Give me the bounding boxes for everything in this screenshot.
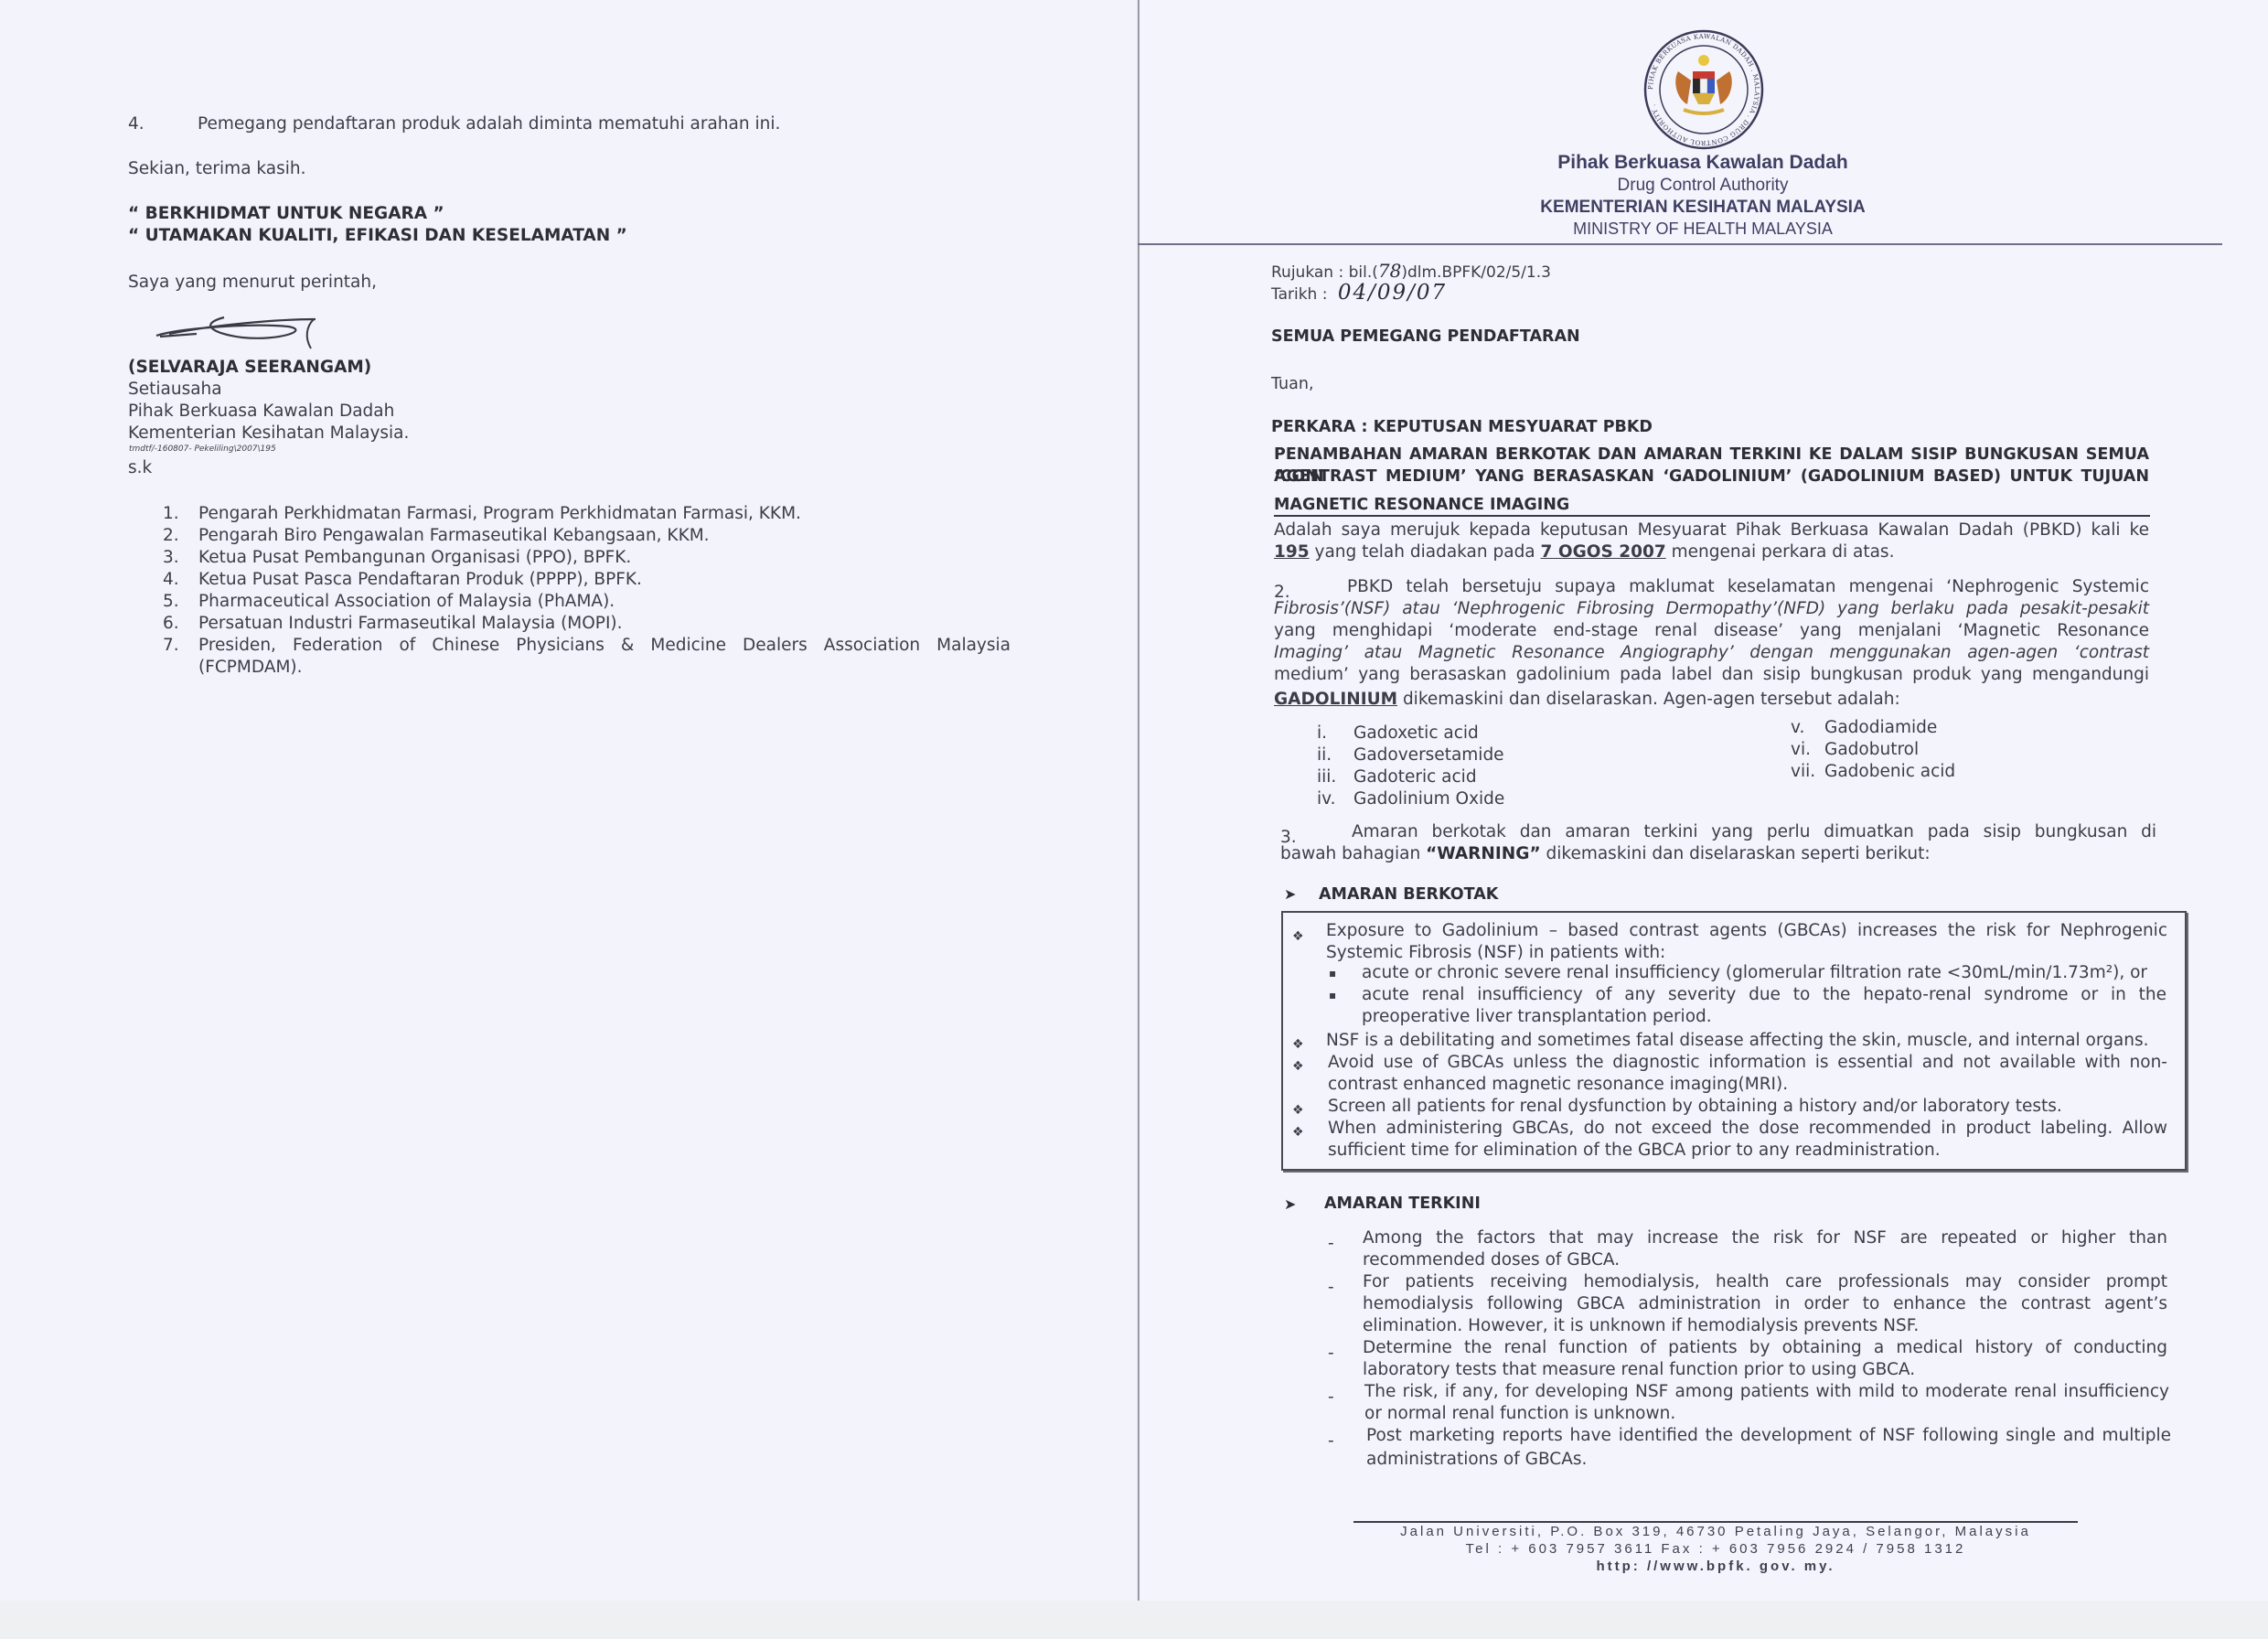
boxed-warning-subitem: acute or chronic severe renal insufficie… xyxy=(1362,962,2147,984)
paragraph-2-line-5: medium’ yang berasaskan gadolinium pada … xyxy=(1274,664,2149,686)
diamond-bullet-icon: ❖ xyxy=(1292,926,1304,948)
boxed-warning-item: Avoid use of GBCAs unless the diagnostic… xyxy=(1328,1052,2167,1074)
cc-item: Pengarah Perkhidmatan Farmasi, Program P… xyxy=(198,503,801,525)
paragraph-2-line-3: yang menghidapi ‘moderate end-stage rena… xyxy=(1274,620,2149,642)
cc-label: s.k xyxy=(128,457,152,479)
paragraph-2-line-6: GADOLINIUM dikemaskini dan diselaraskan.… xyxy=(1274,689,1900,711)
cc-item: Ketua Pusat Pasca Pendaftaran Produk (PP… xyxy=(198,569,642,591)
latest-warning-item-continued: hemodialysis following GBCA administrati… xyxy=(1363,1293,2167,1315)
file-reference: tmdtf/-160807- Pekeliling\2007\195 xyxy=(129,444,276,455)
paragraph-2-line-2: Fibrosis’(NSF) atau ‘Nephrogenic Fibrosi… xyxy=(1274,598,2149,620)
header-ministry-malay: KEMENTERIAN KESIHATAN MALAYSIA xyxy=(1138,198,2268,218)
signature-icon xyxy=(142,306,325,352)
scanner-margin xyxy=(0,1601,2268,1639)
agent-number: vi. xyxy=(1791,739,1811,761)
paragraph-4-text: Pemegang pendaftaran produk adalah dimin… xyxy=(198,113,780,135)
arrow-bullet-icon: ➤ xyxy=(1284,884,1296,905)
cc-item: Pengarah Biro Pengawalan Farmaseutikal K… xyxy=(198,525,710,547)
reference-label: Rujukan : bil.( xyxy=(1271,263,1378,282)
agent-name: Gadobutrol xyxy=(1824,739,1919,761)
latest-warning-heading: AMARAN TERKINI xyxy=(1324,1193,1481,1215)
agent-name: Gadolinium Oxide xyxy=(1353,788,1504,810)
cc-item-continued: (FCPMDAM). xyxy=(198,657,303,679)
cc-item-number: 3. xyxy=(163,547,179,569)
cc-item: Pharmaceutical Association of Malaysia (… xyxy=(198,591,615,613)
date-line: Tarikh : 04/09/07 xyxy=(1271,282,1447,305)
subject-line: PERKARA : KEPUTUSAN MESYUARAT PBKD xyxy=(1271,416,1653,438)
meeting-number: 195 xyxy=(1274,542,1310,562)
title-line-2: ‘CONTRAST MEDIUM’ YANG BERASASKAN ‘GADOL… xyxy=(1274,466,2149,487)
motto-2: “ UTAMAKAN KUALITI, EFIKASI DAN KESELAMA… xyxy=(128,225,627,247)
salutation: Tuan, xyxy=(1271,373,1314,395)
cc-item: Presiden, Federation of Chinese Physicia… xyxy=(198,635,1011,657)
latest-warning-item-continued: laboratory tests that measure renal func… xyxy=(1363,1359,1915,1381)
cc-item-number: 5. xyxy=(163,591,179,613)
agent-number: iv. xyxy=(1317,788,1336,810)
diamond-bullet-icon: ❖ xyxy=(1292,1121,1304,1143)
boxed-warning-item: NSF is a debilitating and sometimes fata… xyxy=(1326,1030,2148,1052)
agent-name: Gadodiamide xyxy=(1824,717,1937,739)
diamond-bullet-icon: ❖ xyxy=(1292,1034,1304,1055)
boxed-warning-heading: AMARAN BERKOTAK xyxy=(1319,884,1498,905)
latest-warning-item-continued: elimination. However, it is unknown if h… xyxy=(1363,1315,1919,1337)
boxed-warning-item-continued: contrast enhanced magnetic resonance ima… xyxy=(1328,1074,1788,1096)
addressee: SEMUA PEMEGANG PENDAFTARAN xyxy=(1271,326,1580,348)
reference-number-handwritten: 78 xyxy=(1378,260,1401,282)
paragraph-3-line-1: Amaran berkotak dan amaran terkini yang … xyxy=(1352,821,2156,843)
agent-number: i. xyxy=(1317,723,1327,745)
dash-bullet-icon: - xyxy=(1328,1277,1334,1299)
dash-bullet-icon: - xyxy=(1328,1430,1334,1452)
header-divider xyxy=(1138,243,2222,245)
footer-contact: Tel : + 603 7957 3611 Fax : + 603 7956 2… xyxy=(1353,1541,2078,1557)
diamond-bullet-icon: ❖ xyxy=(1292,1055,1304,1077)
cc-item-number: 7. xyxy=(163,635,179,657)
latest-warning-item-continued: recommended doses of GBCA. xyxy=(1363,1249,1620,1271)
motto-1: “ BERKHIDMAT UNTUK NEGARA ” xyxy=(128,203,444,225)
header-org-malay: Pihak Berkuasa Kawalan Dadah xyxy=(1138,152,2268,174)
latest-warning-item: The risk, if any, for developing NSF amo… xyxy=(1364,1381,2169,1403)
signatory-name: (SELVARAJA SEERANGAM) xyxy=(128,357,371,379)
latest-warning-item: Determine the renal function of patients… xyxy=(1363,1337,2167,1359)
signatory-title: Setiausaha xyxy=(128,379,222,401)
paragraph-2-line-1: PBKD telah bersetuju supaya maklumat kes… xyxy=(1347,576,2149,598)
cc-item-number: 2. xyxy=(163,525,179,547)
date-label: Tarikh : xyxy=(1271,285,1327,304)
header-org-english: Drug Control Authority xyxy=(1138,176,2268,196)
agent-name: Gadoversetamide xyxy=(1353,745,1504,766)
footer-address: Jalan Universiti, P.O. Box 319, 46730 Pe… xyxy=(1353,1524,2078,1539)
sign-off: Saya yang menurut perintah, xyxy=(128,272,377,294)
signatory-org-2: Kementerian Kesihatan Malaysia. xyxy=(128,423,409,445)
latest-warning-item: For patients receiving hemodialysis, hea… xyxy=(1363,1271,2167,1293)
boxed-warning-item-continued: sufficient time for elimination of the G… xyxy=(1328,1140,1941,1162)
paragraph-1-line-2: 195 yang telah diadakan pada 7 OGOS 2007… xyxy=(1274,541,1894,563)
paragraph-4-number: 4. xyxy=(128,113,144,135)
latest-warning-item: Post marketing reports have identified t… xyxy=(1366,1425,2171,1447)
cc-item-number: 1. xyxy=(163,503,179,525)
title-line-3: MAGNETIC RESONANCE IMAGING xyxy=(1274,494,1569,516)
cc-item-number: 6. xyxy=(163,613,179,635)
date-handwritten: 04/09/07 xyxy=(1338,281,1447,305)
cc-item: Persatuan Industri Farmaseutikal Malaysi… xyxy=(198,613,623,635)
agent-name: Gadoxetic acid xyxy=(1353,723,1479,745)
agent-number: v. xyxy=(1791,717,1804,739)
drug-control-authority-seal-icon: PIHAK BERKUASA KAWALAN DADAH . MALAYSIA … xyxy=(1640,26,1768,154)
boxed-warning-subitem-continued: preoperative liver transplantation perio… xyxy=(1362,1006,1712,1028)
boxed-warning-item: Screen all patients for renal dysfunctio… xyxy=(1328,1096,2062,1118)
footer-website: http: //www.bpfk. gov. my. xyxy=(1353,1559,2078,1574)
agent-number: iii. xyxy=(1317,766,1336,788)
latest-warning-item: Among the factors that may increase the … xyxy=(1363,1227,2167,1249)
header-ministry-english: MINISTRY OF HEALTH MALAYSIA xyxy=(1138,220,2268,239)
boxed-warning-item: When administering GBCAs, do not exceed … xyxy=(1328,1118,2167,1140)
paragraph-2-line-4: Imaging’ atau Magnetic Resonance Angiogr… xyxy=(1274,642,2149,664)
latest-warning-item-continued: administrations of GBCAs. xyxy=(1366,1449,1587,1471)
boxed-warning-subitem: acute renal insufficiency of any severit… xyxy=(1362,984,2166,1006)
diamond-bullet-icon: ❖ xyxy=(1292,1099,1304,1121)
boxed-warning-item: Exposure to Gadolinium – based contrast … xyxy=(1326,920,2167,942)
boxed-warning-item-continued: Systemic Fibrosis (NSF) in patients with… xyxy=(1326,942,1665,964)
title-underline xyxy=(1274,515,2150,517)
cc-item-number: 4. xyxy=(163,569,179,591)
square-bullet-icon: ▪ xyxy=(1329,984,1336,1006)
dash-bullet-icon: - xyxy=(1328,1387,1334,1409)
footer-divider xyxy=(1353,1521,2078,1523)
cc-item: Ketua Pusat Pembangunan Organisasi (PPO)… xyxy=(198,547,631,569)
agent-name: Gadoteric acid xyxy=(1353,766,1477,788)
agent-number: vii. xyxy=(1791,761,1815,783)
agent-number: ii. xyxy=(1317,745,1332,766)
paragraph-3-line-2: bawah bahagian “WARNING” dikemaskini dan… xyxy=(1280,843,1931,865)
agent-name: Gadobenic acid xyxy=(1824,761,1955,783)
signatory-org-1: Pihak Berkuasa Kawalan Dadah xyxy=(128,401,394,423)
dash-bullet-icon: - xyxy=(1328,1343,1334,1365)
square-bullet-icon: ▪ xyxy=(1329,962,1336,984)
meeting-date: 7 OGOS 2007 xyxy=(1541,542,1666,562)
dash-bullet-icon: - xyxy=(1328,1233,1334,1255)
paragraph-1-line-1: Adalah saya merujuk kepada keputusan Mes… xyxy=(1274,520,2149,541)
arrow-bullet-icon: ➤ xyxy=(1284,1194,1296,1216)
reference-suffix: )dlm.BPFK/02/5/1.3 xyxy=(1401,263,1551,282)
closing-line: Sekian, terima kasih. xyxy=(128,158,306,180)
gadolinium-emphasis: GADOLINIUM xyxy=(1274,690,1397,709)
latest-warning-item-continued: or normal renal function is unknown. xyxy=(1364,1403,1675,1425)
